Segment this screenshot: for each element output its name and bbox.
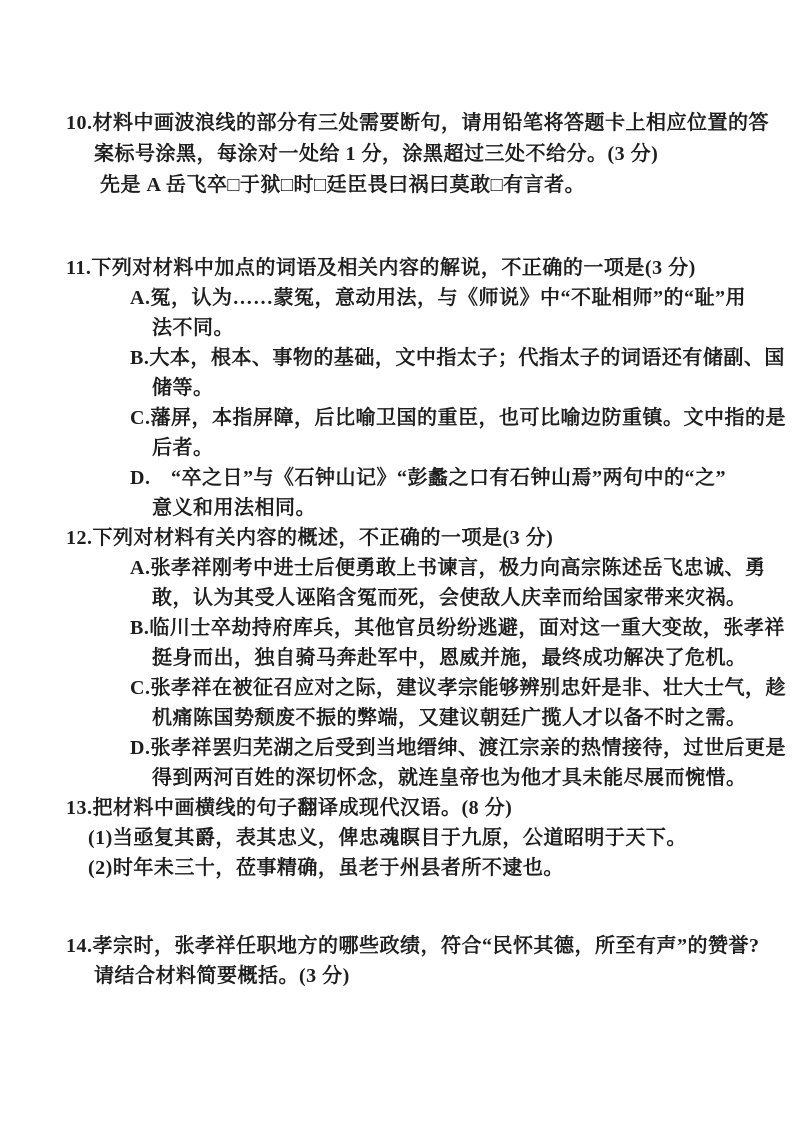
option-a-text: 冤，认为……蒙冤，意动用法，与《师说》中“不耻相师”的“耻”用 (150, 287, 746, 309)
option-d-label: D. (130, 467, 150, 489)
question-12-option-a-line-2: 敢，认为其受人诬陷含冤而死，会使敌人庆幸而给国家带来灾祸。 (0, 583, 800, 613)
question-12-option-b-line-2: 挺身而出，独自骑马奔赴军中，恩威并施，最终成功解决了危机。 (0, 643, 800, 673)
question-12-option-a-line-1: A.张孝祥刚考中进士后便勇敢上书谏言，极力向高宗陈述岳飞忠诚、勇 (0, 553, 800, 583)
question-11-option-a-line-1: A.冤，认为……蒙冤，意动用法，与《师说》中“不耻相师”的“耻”用 (0, 283, 800, 313)
option-c-label: C. (130, 677, 150, 699)
question-12-option-d-line-2: 得到两河百姓的深切怀念，就连皇帝也为他才具未能尽展而惋惜。 (0, 763, 800, 793)
question-10-number: 10. (66, 112, 93, 134)
question-12-option-b-line-1: B.临川士卒劫持府库兵，其他官员纷纷逃避，面对这一重大变故，张孝祥 (0, 613, 800, 643)
question-12-stem-text: 下列对材料有关内容的概述，不正确的一项是(3 分) (93, 527, 554, 549)
question-11-option-a-line-2: 法不同。 (0, 313, 800, 343)
question-12: 12.下列对材料有关内容的概述，不正确的一项是(3 分) A.张孝祥刚考中进士后… (0, 523, 800, 793)
option-c-label: C. (130, 407, 150, 429)
question-14-line-2: 请结合材料简要概括。(3 分) (0, 961, 800, 991)
option-b-text: 临川士卒劫持府库兵，其他官员纷纷逃避，面对这一重大变故，张孝祥 (149, 617, 785, 639)
question-11-option-b-line-2: 储等。 (0, 373, 800, 403)
question-11: 11.下列对材料中加点的词语及相关内容的解说，不正确的一项是(3 分) A.冤，… (0, 253, 800, 523)
option-b-label: B. (130, 617, 149, 639)
option-d-label: D. (130, 737, 150, 759)
option-a-label: A. (130, 557, 150, 579)
question-12-option-c-line-2: 机痛陈国势颓废不振的弊端，又建议朝廷广揽人才以备不时之需。 (0, 703, 800, 733)
question-13: 13.把材料中画横线的句子翻译成现代汉语。(8 分) (1)当亟复其爵，表其忠义… (0, 793, 800, 883)
question-14-number: 14. (66, 935, 93, 957)
question-12-option-c-line-1: C.张孝祥在被征召应对之际，建议孝宗能够辨别忠奸是非、壮大士气，趁 (0, 673, 800, 703)
question-11-stem: 11.下列对材料中加点的词语及相关内容的解说，不正确的一项是(3 分) (0, 253, 800, 283)
question-10-sentence: 先是 A 岳飞卒□于狱□时□廷臣畏曰祸曰莫敢□有言者。 (0, 170, 800, 201)
question-11-option-b-line-1: B.大本，根本、事物的基础，文中指太子；代指太子的词语还有储副、国 (0, 343, 800, 373)
option-a-text: 张孝祥刚考中进士后便勇敢上书谏言，极力向高宗陈述岳飞忠诚、勇 (150, 557, 765, 579)
question-13-number: 13. (66, 797, 93, 819)
question-12-stem: 12.下列对材料有关内容的概述，不正确的一项是(3 分) (0, 523, 800, 553)
question-11-option-d-line-1: D. “卒之日”与《石钟山记》“彭蠡之口有石钟山焉”两句中的“之” (0, 463, 800, 493)
question-10-stem-line-1: 10.材料中画波浪线的部分有三处需要断句，请用铅笔将答题卡上相应位置的答 (0, 108, 800, 139)
question-14-text-1: 孝宗时，张孝祥任职地方的哪些政绩，符合“民怀其德，所至有声”的赞誉? (93, 935, 760, 957)
question-10-stem-text-1: 材料中画波浪线的部分有三处需要断句，请用铅笔将答题卡上相应位置的答 (93, 112, 770, 134)
question-14: 14.孝宗时，张孝祥任职地方的哪些政绩，符合“民怀其德，所至有声”的赞誉? 请结… (0, 931, 800, 991)
question-11-stem-text: 下列对材料中加点的词语及相关内容的解说，不正确的一项是(3 分) (91, 257, 695, 279)
question-11-number: 11. (66, 257, 91, 279)
question-12-option-d-line-1: D.张孝祥罢归芜湖之后受到当地缙绅、渡江宗亲的热情接待，过世后更是 (0, 733, 800, 763)
question-11-option-d-line-2: 意义和用法相同。 (0, 493, 800, 523)
question-10-stem-line-2: 案标号涂黑，每涂对一处给 1 分，涂黑超过三处不给分。(3 分) (0, 139, 800, 170)
question-13-stem: 13.把材料中画横线的句子翻译成现代汉语。(8 分) (0, 793, 800, 823)
option-b-text: 大本，根本、事物的基础，文中指太子；代指太子的词语还有储副、国 (149, 347, 785, 369)
option-b-label: B. (130, 347, 149, 369)
question-10: 10.材料中画波浪线的部分有三处需要断句，请用铅笔将答题卡上相应位置的答 案标号… (0, 108, 800, 201)
question-12-number: 12. (66, 527, 93, 549)
question-13-item-2: (2)时年未三十，莅事精确，虽老于州县者所不逮也。 (0, 853, 800, 883)
question-14-line-1: 14.孝宗时，张孝祥任职地方的哪些政绩，符合“民怀其德，所至有声”的赞誉? (0, 931, 800, 961)
option-c-text: 张孝祥在被征召应对之际，建议孝宗能够辨别忠奸是非、壮大士气，趁 (150, 677, 786, 699)
option-d-text: 张孝祥罢归芜湖之后受到当地缙绅、渡江宗亲的热情接待，过世后更是 (150, 737, 786, 759)
document-page: 10.材料中画波浪线的部分有三处需要断句，请用铅笔将答题卡上相应位置的答 案标号… (0, 0, 800, 1131)
question-11-option-c-line-1: C.藩屏，本指屏障，后比喻卫国的重臣，也可比喻边防重镇。文中指的是 (0, 403, 800, 433)
option-c-text: 藩屏，本指屏障，后比喻卫国的重臣，也可比喻边防重镇。文中指的是 (150, 407, 786, 429)
question-13-item-1: (1)当亟复其爵，表其忠义，俾忠魂瞑目于九原，公道昭明于天下。 (0, 823, 800, 853)
option-a-label: A. (130, 287, 150, 309)
question-11-option-c-line-2: 后者。 (0, 433, 800, 463)
option-d-text: “卒之日”与《石钟山记》“彭蠡之口有石钟山焉”两句中的“之” (150, 467, 726, 489)
question-13-stem-text: 把材料中画横线的句子翻译成现代汉语。(8 分) (93, 797, 513, 819)
